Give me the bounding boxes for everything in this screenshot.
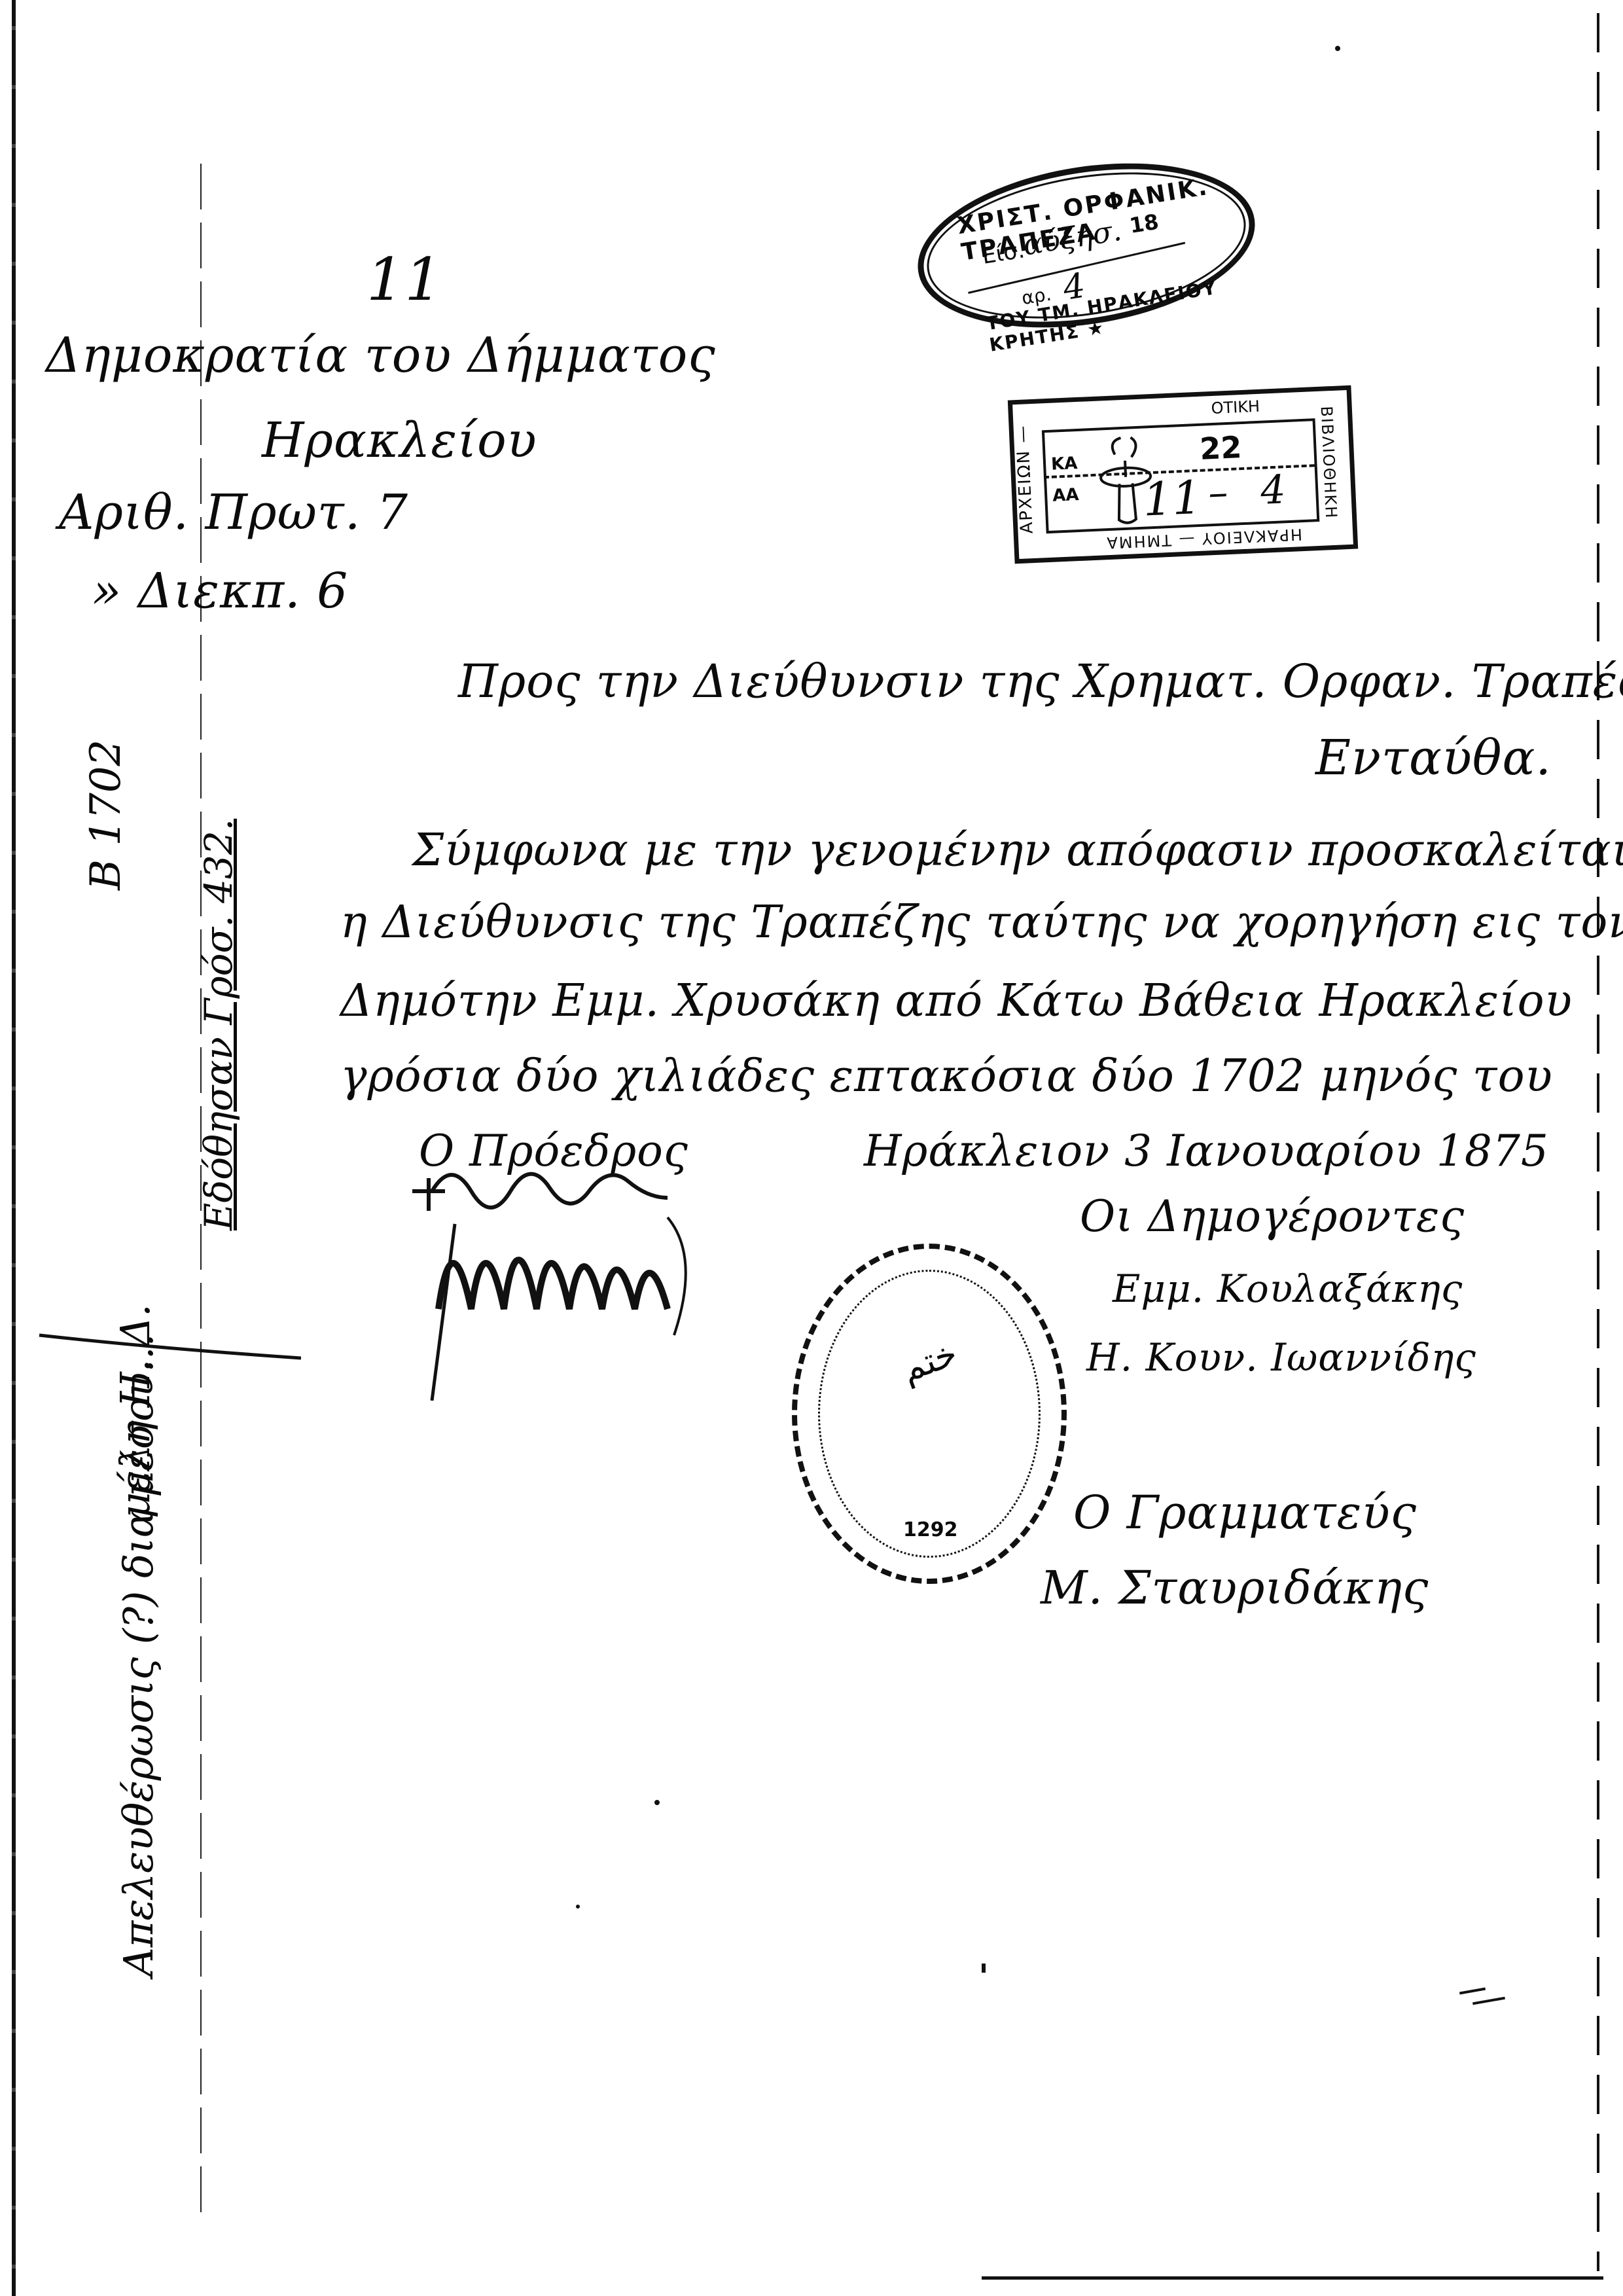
secretary-signature: Μ. Σταυριδάκης [1041, 1561, 1429, 1615]
elder-signature-1: Εμμ. Κουλαξάκης [1113, 1266, 1463, 1311]
scan-speck [576, 1905, 580, 1909]
seal-year: 1292 [903, 1518, 958, 1541]
orphan-bank-oval-stamp: ΧΡΙΣΤ. ΟΡΦΑΝΙΚ. ΤΡΑΠΕΖΑ Είσ. αύξησ. 18 α… [906, 141, 1266, 350]
recipient-line: Προς την Διεύθυνσιν της Χρηματ. Ορφαν. Τ… [458, 655, 1623, 708]
header-city: Ηρακλείου [262, 412, 537, 469]
archive-value-right: 4 [1260, 467, 1287, 514]
page-left-edge [12, 0, 16, 2296]
body-line-4: γρόσια δύο χιλιάδες επτακόσια δύο 1702 μ… [340, 1050, 1553, 1102]
dispatch-number: » Διεκπ. 6 [92, 563, 348, 619]
archive-value-left: 11 [1142, 471, 1203, 527]
scan-speck [1459, 1988, 1486, 1995]
protocol-number: Αριθ. Πρωτ. 7 [59, 484, 408, 541]
scan-speck [654, 1800, 660, 1805]
page-bottom-edge [982, 2276, 1603, 2280]
secretary-title: Ο Γραμματεύς [1073, 1486, 1417, 1539]
scan-speck [1335, 46, 1340, 51]
archive-value-sep: – [1207, 469, 1229, 516]
recipient-place: Ενταύθα. [1315, 730, 1552, 786]
elders-title: Οι Δημογέροντες [1080, 1191, 1465, 1242]
body-line-1: Σύμφωνα με την γενομένην απόφασιν προσκα… [412, 825, 1623, 876]
president-signature: Ιερώνυμος Τζιρίτσης [393, 1152, 733, 1401]
scan-speck [1472, 1997, 1505, 2005]
margin-strike-line-icon [26, 1322, 301, 1374]
archive-library-stamp: ΟΤΙΚΗ ΑΡΧΕΙΩΝ — ΒΙΒΛΙΟΘΗΚΗ ΗΡΑΚΛΕΙΟΥ — Τ… [1008, 386, 1358, 564]
elder-signature-2: Η. Κουν. Ιωαννίδης [1086, 1335, 1476, 1380]
archive-row1-label: ΚΑ [1050, 454, 1078, 475]
place-date: Ηράκλειον 3 Ιανουαρίου 1875 [864, 1126, 1549, 1176]
margin-note-amount: Β 1702 [82, 740, 130, 890]
scan-speck [982, 1964, 986, 1973]
stamp-entry-number: 18 [1128, 209, 1160, 238]
margin-note-paid: Εδόθησαν Γρόσ. 432. [196, 819, 241, 1230]
margin-note-lower: Απελευθέρωσις (?) δια μέσου... [115, 1334, 162, 1977]
folio-mark: 11 [366, 245, 443, 314]
scanned-document-page: 11 Δημοκρατία του Δήμματος Ηρακλείου Αρι… [0, 0, 1623, 2296]
seal-inner-ring [818, 1270, 1041, 1558]
header-authority: Δημοκρατία του Δήμματος [46, 327, 716, 384]
body-line-2: η Διεύθυνσις της Τραπέζης ταύτης να χορη… [340, 897, 1623, 948]
body-line-3: Δημότην Εμμ. Χρυσάκη από Κάτω Βάθεια Ηρα… [340, 975, 1573, 1027]
municipal-round-seal: ختم 1292 ΣΦΡΑΓΙΣ ΤΟΥ ΔΗΜΑΤΟΣ ΗΡΑΚΛΕΙΟΥ Κ… [792, 1244, 1067, 1584]
archive-row2-label: ΑΑ [1052, 485, 1080, 506]
page-right-edge [1597, 13, 1599, 2271]
archive-top-label: ΟΤΙΚΗ [1211, 397, 1260, 418]
archive-value-top: 22 [1199, 429, 1242, 467]
